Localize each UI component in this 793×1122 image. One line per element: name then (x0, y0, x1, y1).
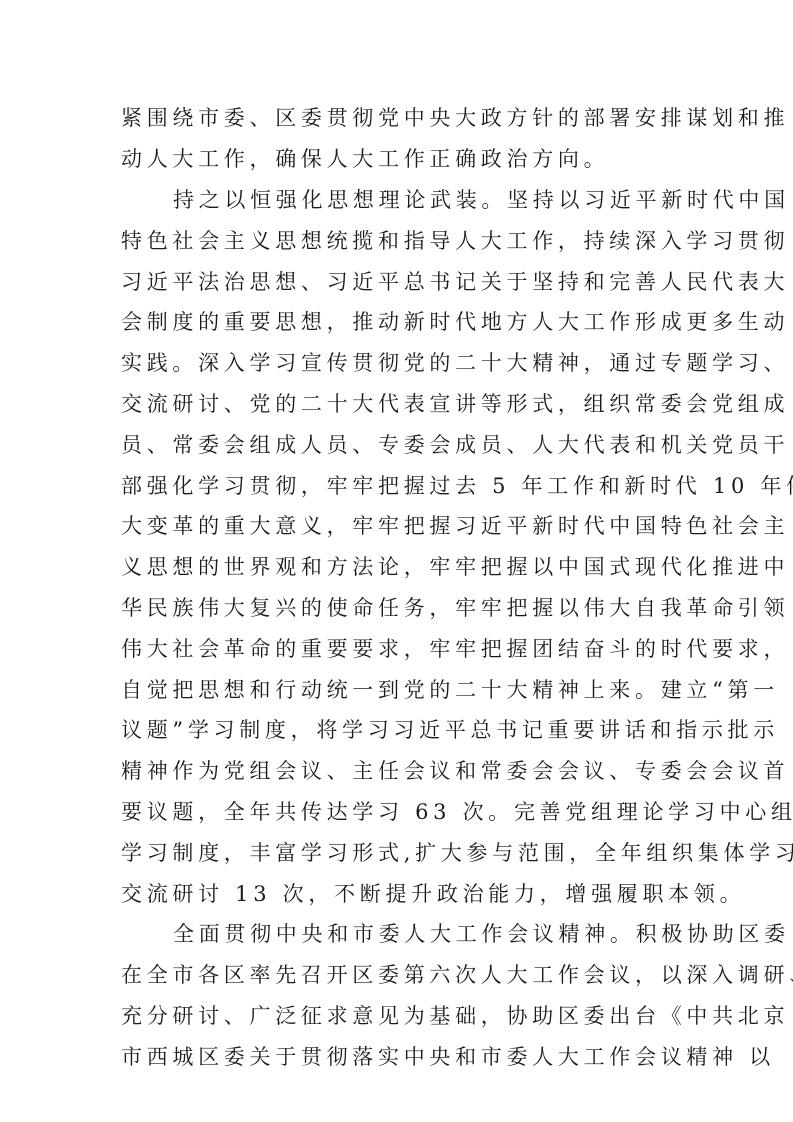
text-line: 实践。深入学习宣传贯彻党的二十大精神，通过专题学习、 (121, 348, 673, 378)
text-line: 动人大工作，确保人大工作正确政治方向。 (121, 144, 673, 174)
text-line: 特色社会主义思想统揽和指导人大工作，持续深入学习贯彻 (121, 226, 673, 256)
text-line: 市西城区委关于贯彻落实中央和市委人大工作会议精神 以 (121, 1042, 673, 1072)
document-page: 紧围绕市委、区委贯彻党中央大政方针的部署安排谋划和推 动人大工作，确保人大工作正… (0, 0, 793, 1122)
text-line: 伟大社会革命的重要要求，牢牢把握团结奋斗的时代要求， (121, 634, 673, 664)
text-line: 要议题，全年共传达学习 63 次。完善党组理论学习中心组 (121, 797, 673, 827)
paragraph-first-line: 持之以恒强化思想理论武装。坚持以习近平新时代中国 (173, 185, 673, 215)
text-line: 习近平法治思想、习近平总书记关于坚持和完善人民代表大 (121, 267, 673, 297)
text-line: 紧围绕市委、区委贯彻党中央大政方针的部署安排谋划和推 (121, 103, 673, 133)
text-line: 员、常委会组成人员、专委会成员、人大代表和机关党员干 (121, 430, 673, 460)
text-line: 在全市各区率先召开区委第六次人大工作会议，以深入调研、 (121, 960, 673, 990)
text-line: 大变革的重大意义，牢牢把握习近平新时代中国特色社会主 (121, 511, 673, 541)
text-line: 会制度的重要思想，推动新时代地方人大工作形成更多生动 (121, 307, 673, 337)
text-line: 议题”学习制度，将学习习近平总书记重要讲话和指示批示 (121, 715, 673, 745)
text-line: 交流研讨 13 次，不断提升政治能力，增强履职本领。 (121, 879, 673, 909)
text-line: 学习制度，丰富学习形式,扩大参与范围，全年组织集体学习、 (121, 838, 673, 868)
text-line: 义思想的世界观和方法论，牢牢把握以中国式现代化推进中 (121, 552, 673, 582)
text-line: 精神作为党组会议、主任会议和常委会会议、专委会会议首 (121, 756, 673, 786)
text-line: 充分研讨、广泛征求意见为基础，协助区委出台《中共北京 (121, 1001, 673, 1031)
text-line: 交流研讨、党的二十大代表宣讲等形式，组织常委会党组成 (121, 389, 673, 419)
text-line: 部强化学习贯彻，牢牢把握过去 5 年工作和新时代 10 年伟 (121, 471, 673, 501)
paragraph-first-line: 全面贯彻中央和市委人大工作会议精神。积极协助区委 (173, 919, 673, 949)
text-line: 华民族伟大复兴的使命任务，牢牢把握以伟大自我革命引领 (121, 593, 673, 623)
text-line: 自觉把思想和行动统一到党的二十大精神上来。建立“第一 (121, 675, 673, 705)
